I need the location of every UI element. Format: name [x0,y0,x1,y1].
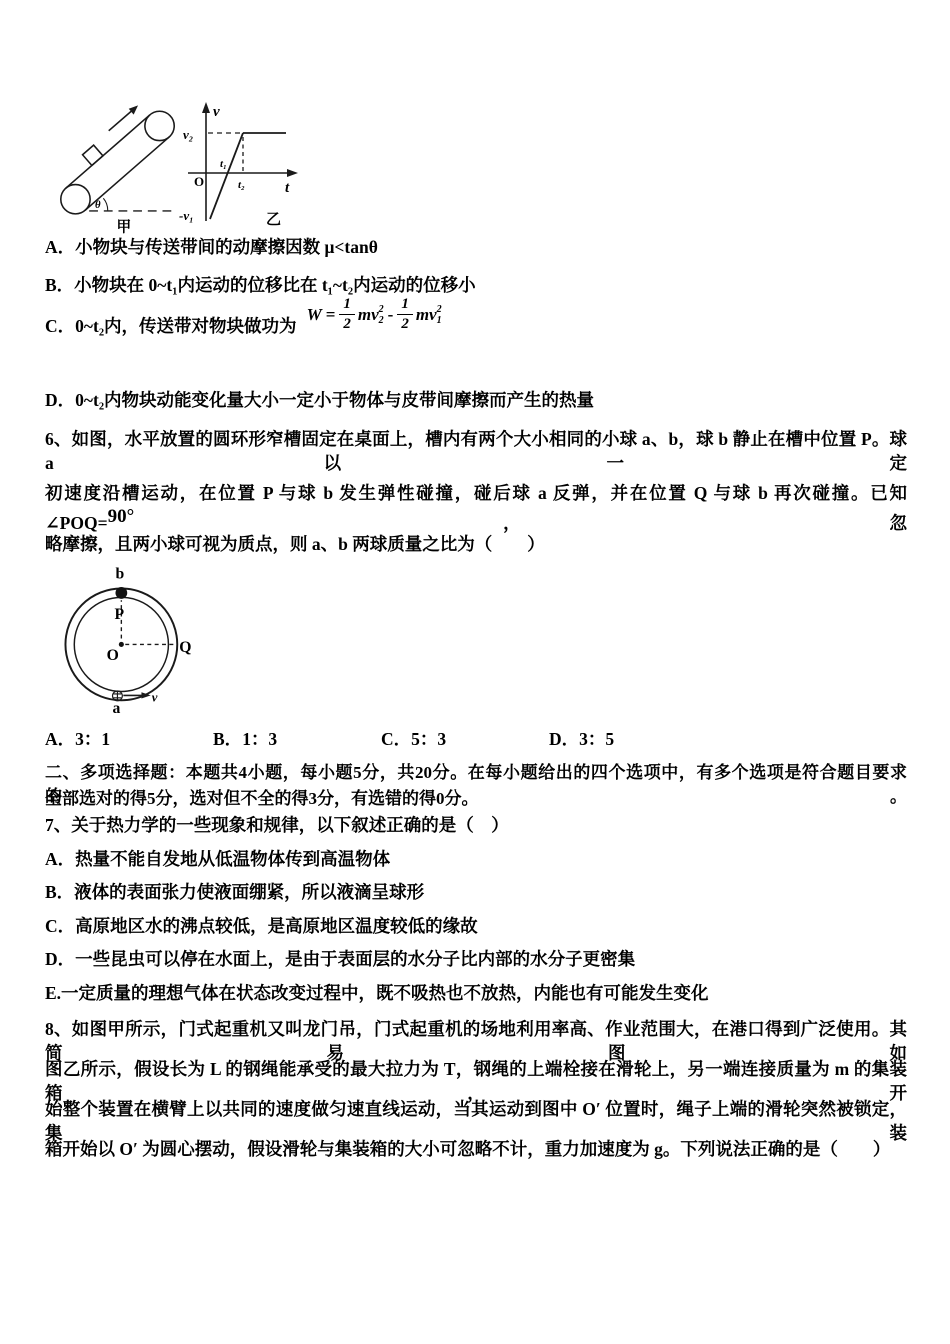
q7-option-b: B．液体的表面张力使液面绷紧，所以液滴呈球形 [45,880,907,904]
t2-label: t₂ [238,179,245,191]
origin-label: O [194,174,204,189]
block-square [83,145,103,165]
section2-line2: 全部选对的得5分，选对但不全的得3分，有选错的得0分。 [45,787,907,811]
q7-title: 7、关于热力学的一些现象和规律，以下叙述正确的是（ ） [45,813,907,837]
figure-jia-caption: 甲 [117,218,132,235]
label-P: P [114,606,124,623]
t1-label: t₁ [220,158,227,170]
ball-b [115,587,127,599]
label-v: v [152,690,158,704]
label-b: b [115,566,124,583]
conveyor-belt-diagram: θ 甲 [52,95,184,235]
vt-graph: v t O v₂ t₁ t₂ -v₁ 乙 [176,93,304,231]
q5-option-d: D．0~t₂内物块动能变化量大小一定小于物体与皮带间摩擦而产生的热量 [45,388,907,412]
velocity-line-rise [210,133,243,219]
circle-groove-diagram: b P O Q a v [33,564,195,716]
q5-option-c: C．0~t₂内，传送带对物块做功为 W = 12 mv22 - 12 mv21 [45,308,442,343]
exam-page: θ 甲 v t O v₂ t₁ t₂ -v₁ 乙 A．小物块与传送带间的动摩擦因… [0,0,950,1344]
v-axis-label: v [213,104,220,120]
q6-line2: 初速度沿槽运动，在位置 P 与球 b 发生弹性碰撞，碰后球 a 反弹，并在位置 … [45,481,907,535]
v2-label: v₂ [183,127,193,142]
q6-option-d: D．3：5 [549,726,717,751]
q6-option-b: B．1：3 [213,726,381,751]
work-formula: W = 12 mv22 - 12 mv21 [307,297,442,332]
q6-option-a: A．3：1 [45,726,213,751]
figure-yi-caption: 乙 [266,211,281,228]
theta-label: θ [95,199,101,211]
q8-line4: 箱开始以 O′ 为圆心摆动，假设滑轮与集装箱的大小可忽略不计，重力加速度为 g。… [45,1137,907,1161]
center-dot [119,642,124,647]
q7-option-c: C．高原地区水的沸点较低，是高原地区温度较低的缘故 [45,914,907,938]
angle-90-value: 90° [108,506,135,527]
t-axis-label: t [285,180,290,196]
q7-option-d: D．一些昆虫可以停在水面上，是由于表面层的水分子比内部的水分子更密集 [45,947,907,971]
q5-option-c-text: C．0~t₂内，传送带对物块做功为 [45,313,297,338]
q5-option-b: B．小物块在 0~t₁内运动的位移比在 t₁~t₂内运动的位移小 [45,273,907,297]
label-O: O [107,647,119,664]
q6-options: A．3：1 B．1：3 C．5：3 D．3：5 [45,726,717,751]
label-a: a [113,700,121,716]
q5-option-a: A．小物块与传送带间的动摩擦因数 μ<tanθ [45,235,907,259]
label-Q: Q [179,639,191,656]
q6-line3: 略摩擦，且两小球可视为质点，则 a、b 两球质量之比为（ ） [45,532,907,556]
q7-option-e: E.一定质量的理想气体在状态改变过程中，既不吸热也不放热，内能也有可能发生变化 [45,981,907,1005]
q6-line1: 6、如图，水平放置的圆环形窄槽固定在桌面上，槽内有两个大小相同的小球 a、b，球… [45,427,907,475]
neg-v1-label: -v₁ [179,208,194,223]
q6-option-c: C．5：3 [381,726,549,751]
belt-direction-arrow [109,109,134,131]
q7-option-a: A．热量不能自发地从低温物体传到高温物体 [45,847,907,871]
